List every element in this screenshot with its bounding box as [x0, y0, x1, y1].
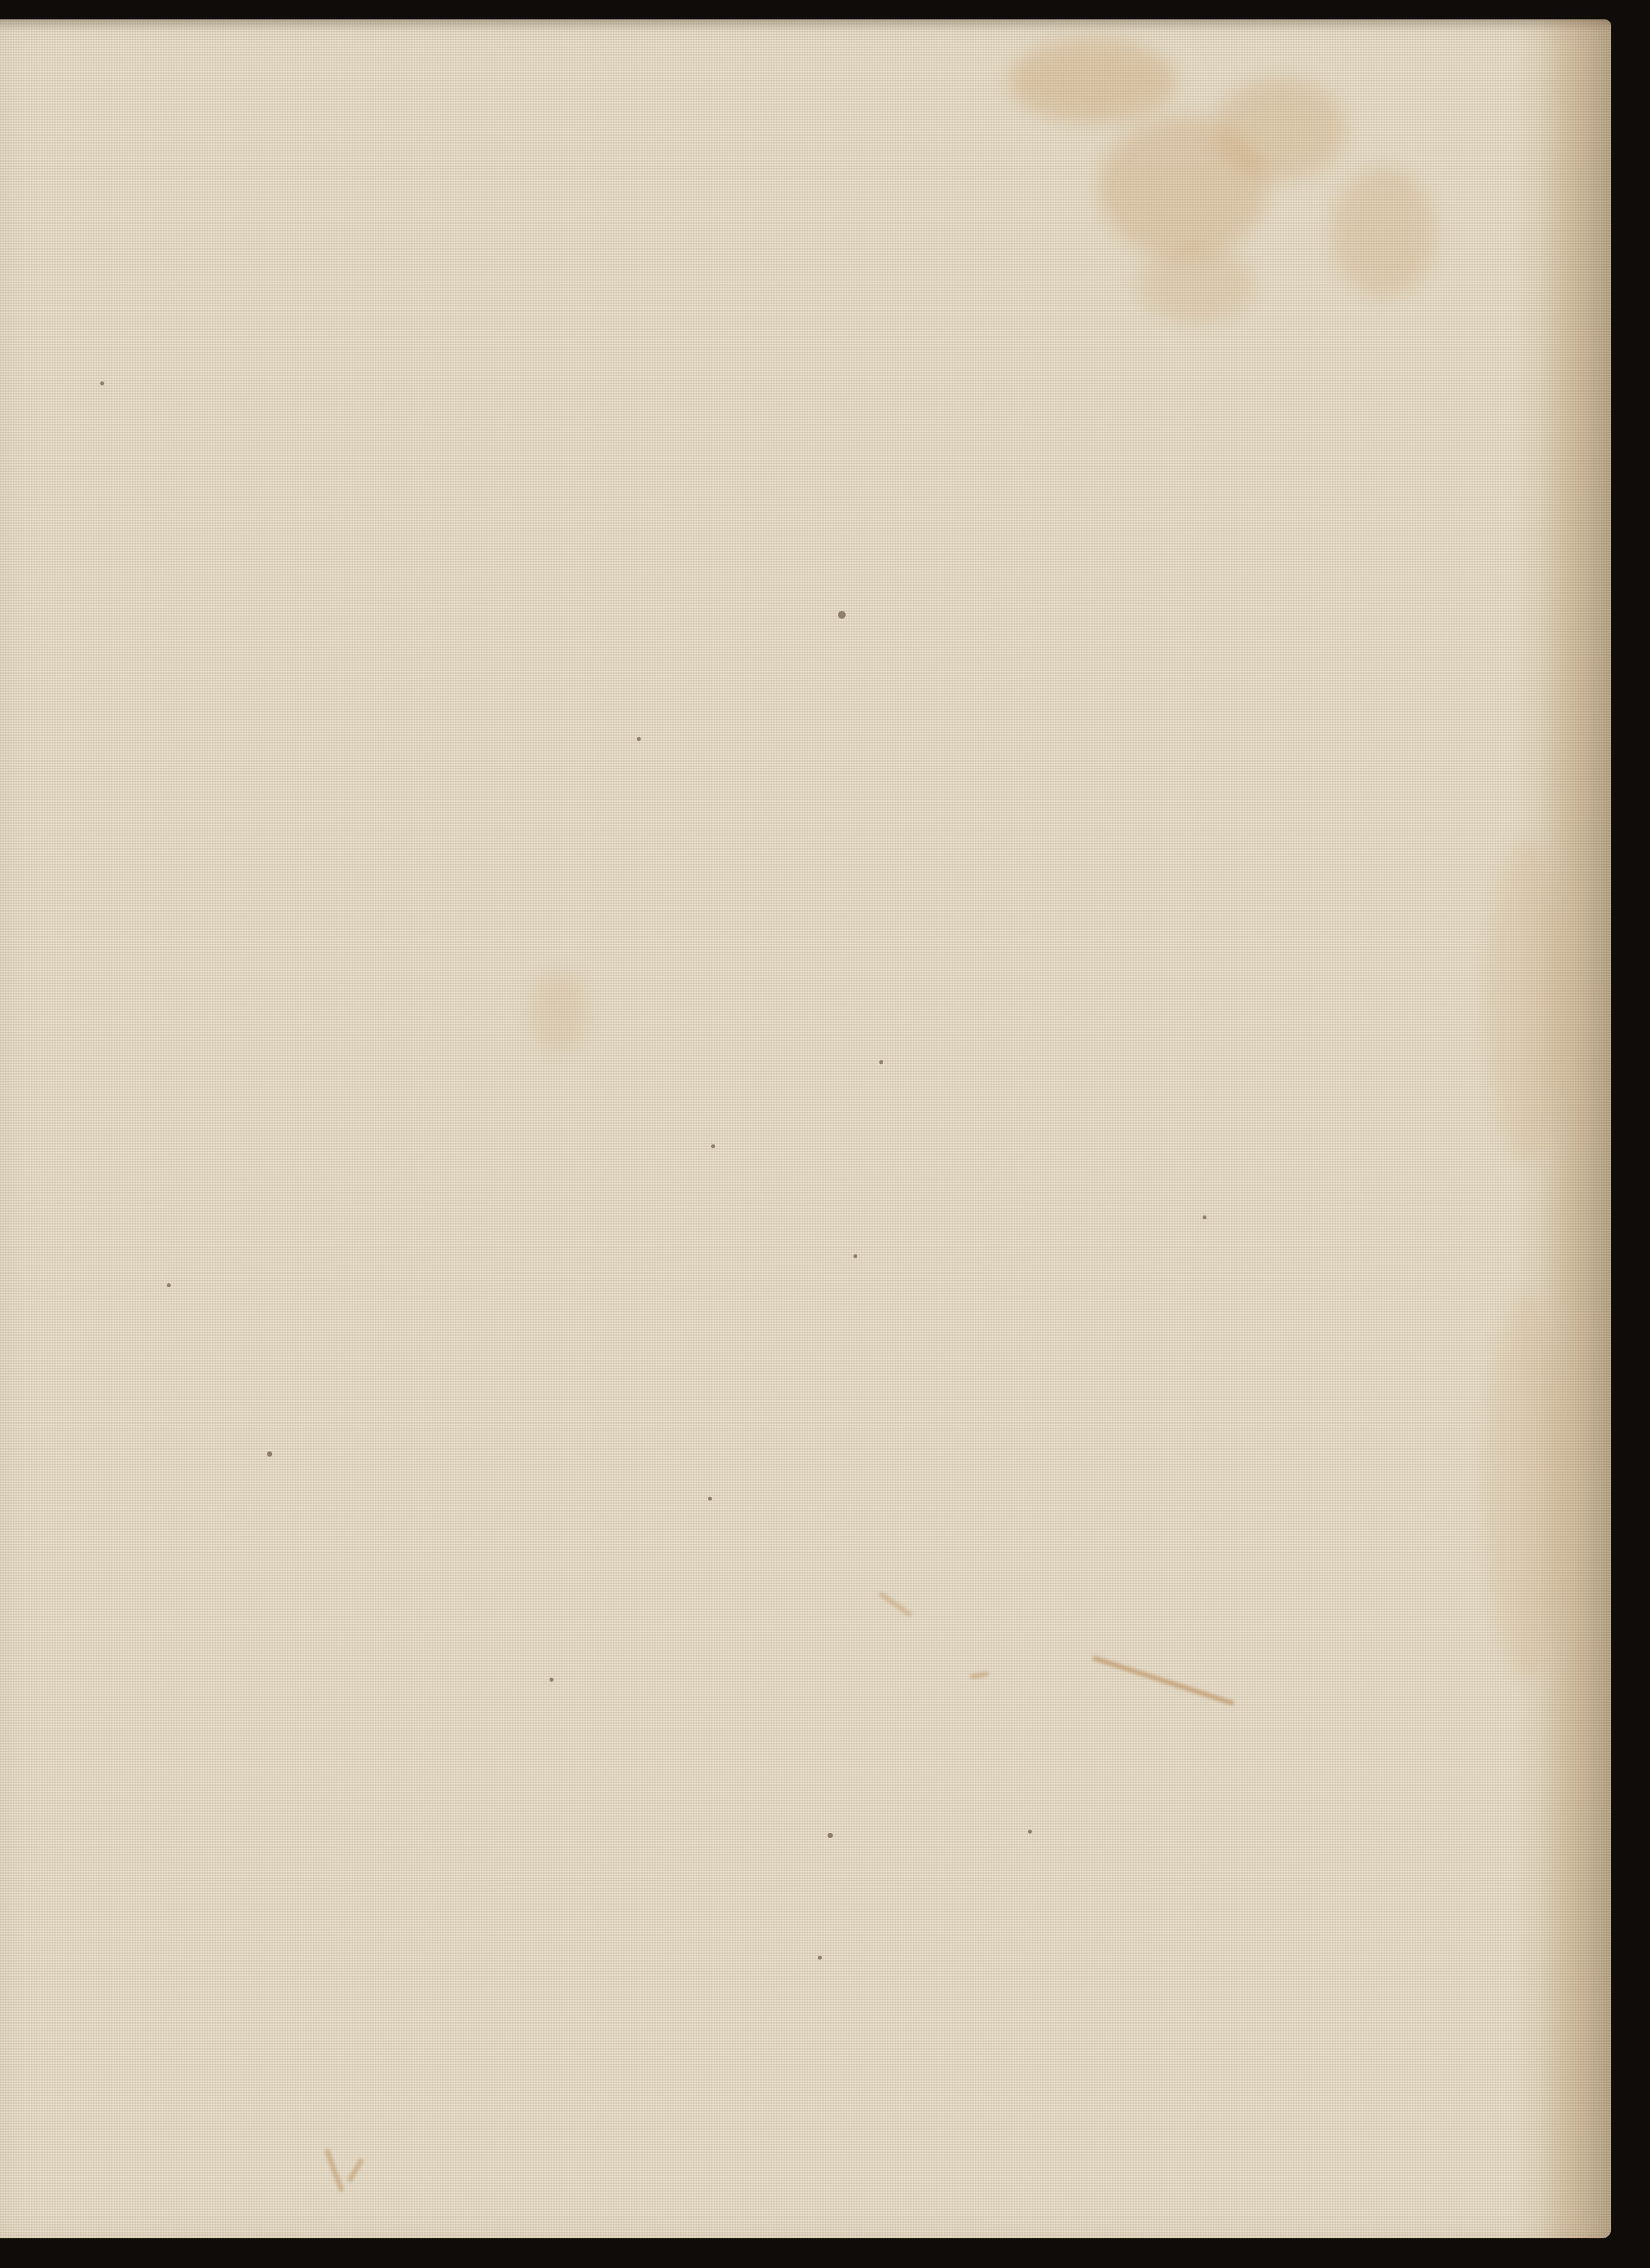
speck-mark [853, 1254, 857, 1258]
speck-mark [267, 1451, 272, 1457]
top-edge-shadow [0, 19, 1611, 31]
stain-mark [530, 970, 588, 1054]
speck-mark [838, 611, 846, 619]
speck-mark [550, 1678, 553, 1682]
streak-mark [347, 2157, 365, 2183]
speck-mark [818, 1956, 822, 1960]
scanned-book-cover: Blank linen cloth-bound book cover, no v… [0, 0, 1650, 2268]
speck-mark [711, 1144, 715, 1148]
stain-mark [1487, 840, 1565, 1164]
speck-mark [1028, 1830, 1032, 1834]
streak-mark [324, 2148, 344, 2193]
streak-mark [969, 1671, 989, 1680]
speck-mark [100, 381, 104, 385]
streak-mark [1092, 1655, 1235, 1706]
speck-mark [708, 1497, 712, 1501]
speck-mark [167, 1283, 171, 1287]
stain-mark [1138, 246, 1254, 323]
stain-mark [1009, 39, 1177, 123]
speck-mark [828, 1833, 833, 1838]
speck-mark [1203, 1215, 1206, 1219]
cloth-cover [0, 19, 1611, 2238]
spine-edge-discoloration [1540, 19, 1611, 2238]
stain-mark [1332, 168, 1435, 297]
speck-mark [879, 1060, 883, 1064]
streak-mark [878, 1591, 913, 1618]
stain-mark [1487, 1293, 1565, 1681]
stain-mark [1216, 78, 1345, 181]
speck-mark [637, 737, 641, 741]
